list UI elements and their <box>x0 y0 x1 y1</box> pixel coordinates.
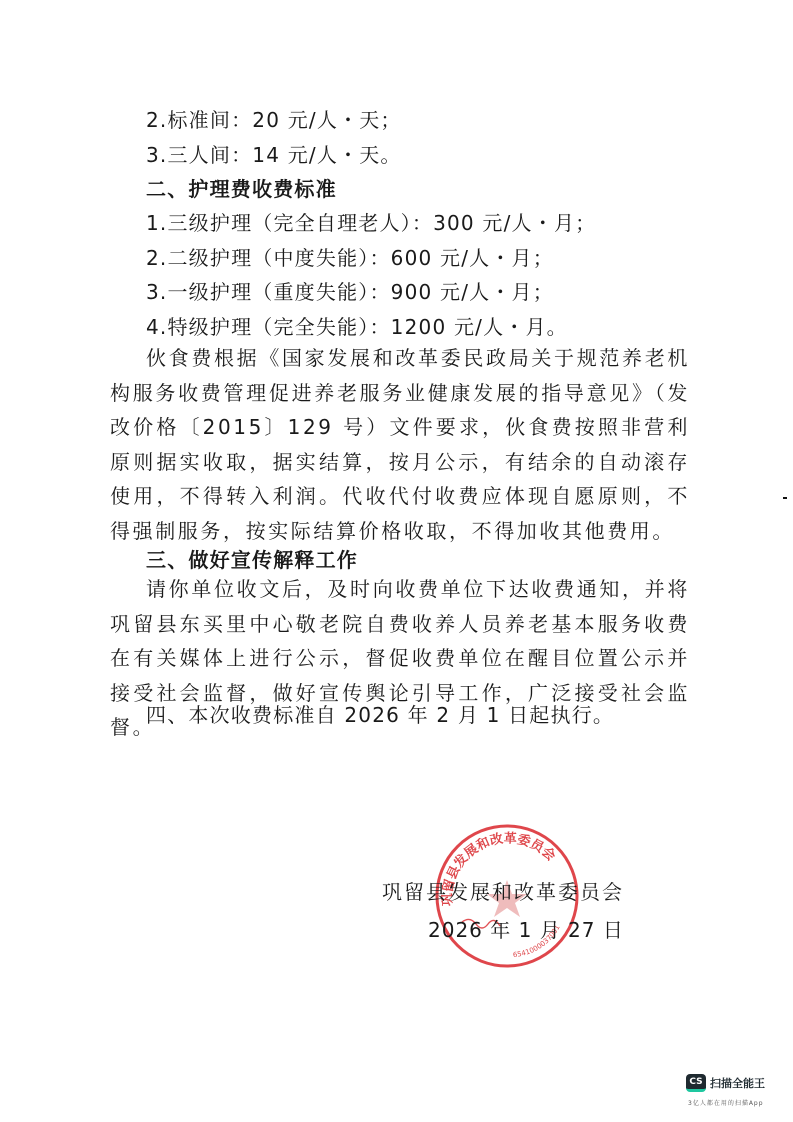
document-page: 2.标准间：20 元/人・天； 3.三人间：14 元/人・天。 二、护理费收费标… <box>0 0 793 1122</box>
meal-fee-paragraph: 伙食费根据《国家发展和改革委民政局关于规范养老机构服务收费管理促进养老服务业健康… <box>110 341 690 548</box>
effective-date-line: 四、本次收费标准自 2026 年 2 月 1 日起执行。 <box>146 702 614 728</box>
care-fee-level1: 3.一级护理（重度失能）：900 元/人・月； <box>146 279 554 305</box>
signature-date: 2026 年 1 月 27 日 <box>428 914 624 943</box>
watermark-tagline: 3亿人都在用的扫描App <box>688 1098 764 1107</box>
care-fee-special: 4.特级护理（完全失能）：1200 元/人・月。 <box>146 314 568 340</box>
watermark-app-name: 扫描全能王 <box>710 1075 765 1091</box>
care-fee-level2: 2.二级护理（中度失能）：600 元/人・月； <box>146 245 554 271</box>
fee-item-standard-room: 2.标准间：20 元/人・天； <box>146 107 402 133</box>
camscanner-watermark: CS 扫描全能王 3亿人都在用的扫描App <box>686 1074 786 1114</box>
fee-item-triple-room: 3.三人间：14 元/人・天。 <box>146 142 402 168</box>
section-heading-care-fees: 二、护理费收费标准 <box>146 176 337 202</box>
camscanner-logo-icon: CS <box>686 1074 706 1092</box>
care-fee-level3: 1.三级护理（完全自理老人）：300 元/人・月； <box>146 210 596 236</box>
section-heading-publicity: 三、做好宣传解释工作 <box>146 547 358 573</box>
scan-artifact-mark <box>783 497 787 499</box>
signature-organization: 巩留县发展和改革委员会 <box>382 876 624 905</box>
